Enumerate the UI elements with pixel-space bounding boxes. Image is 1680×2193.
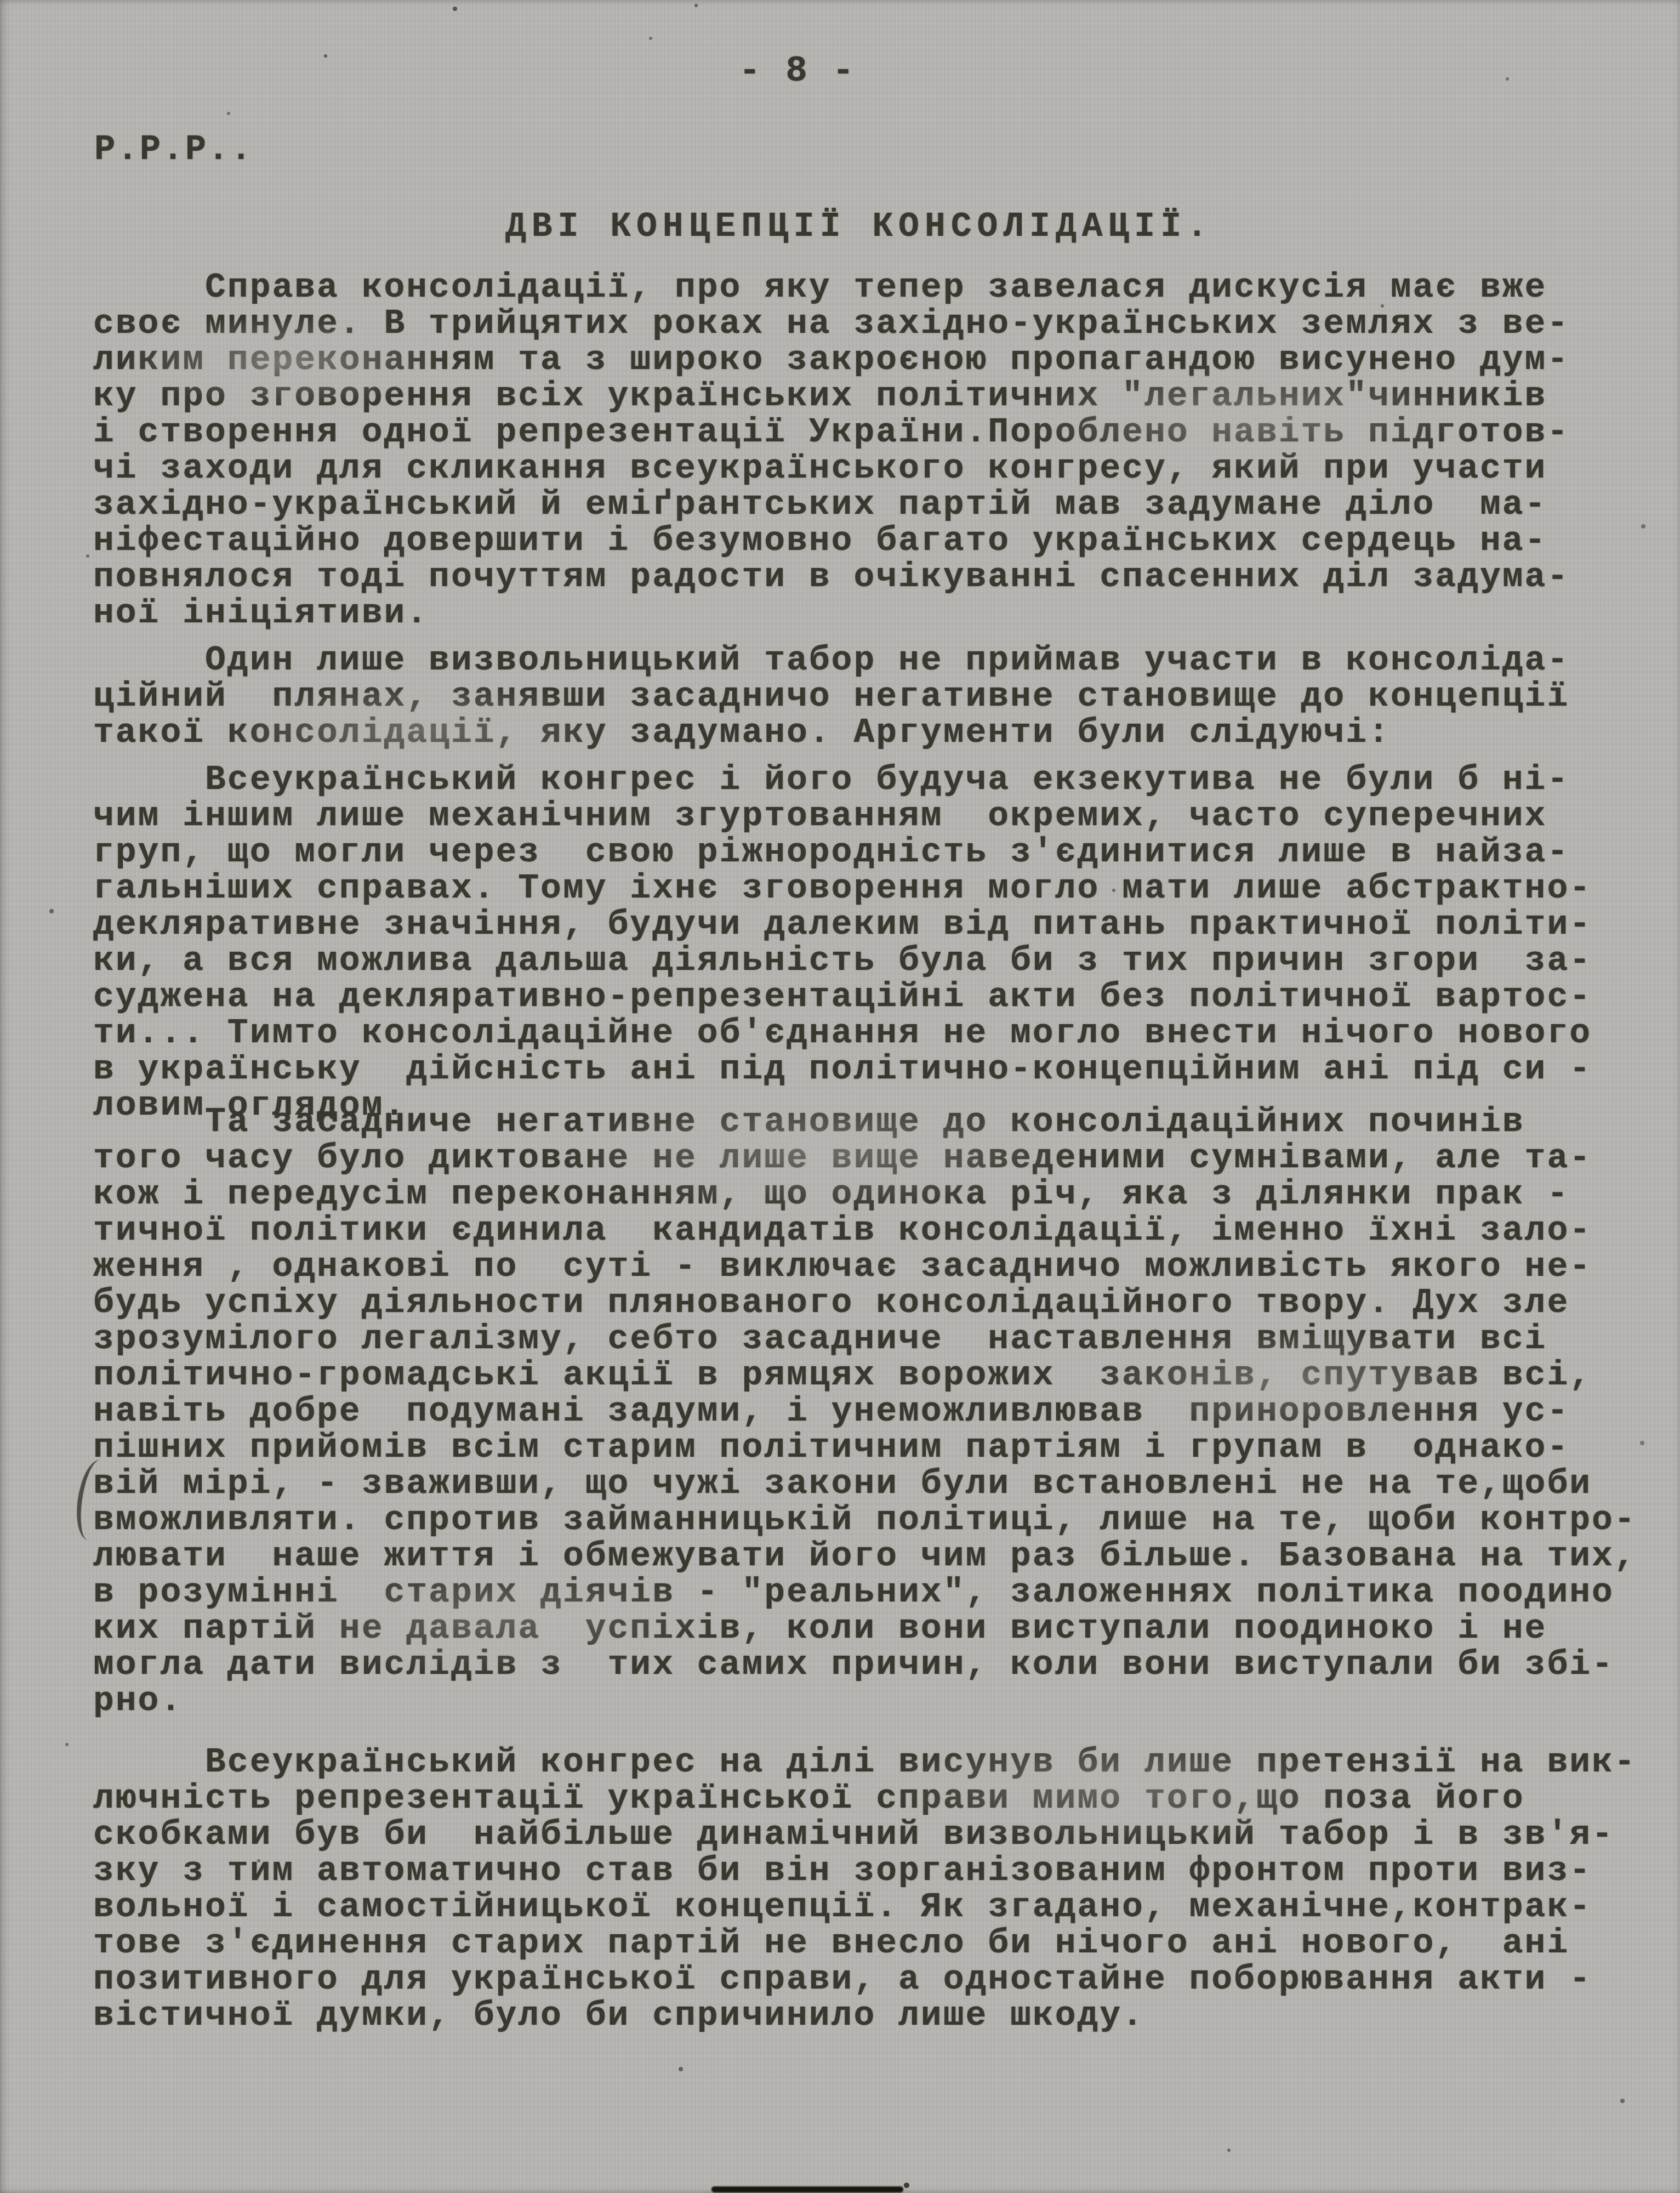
- text-line: Всеукраїнський конгрес на ділі висунув б…: [93, 1745, 1644, 1781]
- text-line: вольної і самостійницької концепції. Як …: [93, 1889, 1644, 1925]
- text-line: в розумінні старих діячів - "реальних", …: [93, 1575, 1644, 1611]
- text-line: кож і передусім переконанням, що одинока…: [93, 1177, 1644, 1213]
- text-line: західно-український й еміґрантських парт…: [93, 487, 1644, 523]
- scan-smudge: [711, 2186, 903, 2192]
- paragraph: Справа консолідації, про яку тепер завел…: [93, 270, 1644, 632]
- text-line: чі заходи для скликання всеукраїнського …: [93, 451, 1644, 487]
- text-line: зку з тим автоматично став би він зорган…: [93, 1853, 1644, 1889]
- text-line: ційний плянах, занявши засадничо негатив…: [93, 679, 1644, 715]
- scanned-page: - 8 - Р.Р.Р.. ДВІ КОНЦЕПЦІЇ КОНСОЛІДАЦІЇ…: [0, 0, 1680, 2193]
- text-line: такої консолідації, яку задумано. Аргуме…: [93, 715, 1644, 751]
- text-line: скобками був би найбільше динамічний виз…: [93, 1817, 1644, 1853]
- text-line: вможливляти. спротив займанницькій політ…: [93, 1502, 1644, 1538]
- text-line: Всеукраїнський конгрес і його будуча екз…: [93, 762, 1644, 798]
- text-line: гальніших справах. Тому іхнє зговорення …: [93, 871, 1644, 907]
- document-body: Справа консолідації, про яку тепер завел…: [93, 270, 1644, 2034]
- text-line: вій мірі, - зваживши, що чужі закони бул…: [93, 1466, 1644, 1502]
- text-line: вістичної думки, було би спричинило лише…: [93, 1998, 1644, 2034]
- text-line: ликим переконанням та з широко закроєною…: [93, 342, 1644, 378]
- text-line: ки, а вся можлива дальша діяльність була…: [93, 943, 1644, 979]
- text-line: будь успіху діяльности плянованого консо…: [93, 1285, 1644, 1321]
- text-line: декляративне значіння, будучи далеким ві…: [93, 907, 1644, 943]
- text-line: пішних прийомів всім старим політичним п…: [93, 1430, 1644, 1466]
- text-line: Один лише визвольницький табор не прийма…: [93, 643, 1644, 679]
- paragraph: Всеукраїнський конгрес на ділі висунув б…: [93, 1745, 1644, 2034]
- text-line: лювати наше життя і обмежувати його чим …: [93, 1538, 1644, 1575]
- paragraph: Та засадниче негативне становище до конс…: [93, 1104, 1644, 1719]
- text-line: політично-громадські акції в рямцях воро…: [93, 1357, 1644, 1394]
- document-title: ДВІ КОНЦЕПЦІЇ КОНСОЛІДАЦІЇ.: [505, 207, 1213, 246]
- text-line: тичної політики єдинила кандидатів консо…: [93, 1213, 1644, 1249]
- text-line: в українську дійсність ані під політично…: [93, 1052, 1644, 1088]
- text-line: ніфестаційно довершити і безумовно багат…: [93, 523, 1644, 559]
- text-line: і створення одної репрезентації України.…: [93, 414, 1644, 451]
- text-line: своє минуле. В трийцятих роках на західн…: [93, 306, 1644, 342]
- text-line: ної ініціятиви.: [93, 595, 1644, 632]
- text-line: тове з'єдинення старих партій не внесло …: [93, 1925, 1644, 1962]
- paragraph: Один лише визвольницький табор не прийма…: [93, 643, 1644, 751]
- page-number: - 8 -: [739, 50, 856, 92]
- text-line: груп, що могли через свою ріжнородність …: [93, 834, 1644, 871]
- paragraph: Всеукраїнський конгрес і його будуча екз…: [93, 762, 1644, 1124]
- scan-speckles: [0, 0, 2, 2]
- corner-mark: Р.Р.Р..: [94, 130, 253, 170]
- text-line: могла дати вислідів з тих самих причин, …: [93, 1647, 1644, 1683]
- text-line: навіть добре подумані задуми, і унеможли…: [93, 1394, 1644, 1430]
- text-line: Справа консолідації, про яку тепер завел…: [93, 270, 1644, 306]
- text-line: лючність репрезентації української справ…: [93, 1781, 1644, 1817]
- text-line: чим іншим лише механічним згуртованням о…: [93, 798, 1644, 834]
- text-line: повнялося тоді почуттям радости в очікув…: [93, 559, 1644, 595]
- text-line: ти... Тимто консолідаційне об'єднання не…: [93, 1015, 1644, 1052]
- text-line: ких партій не давала успіхів, коли вони …: [93, 1611, 1644, 1647]
- text-line: ження , однакові по суті - виключає заса…: [93, 1249, 1644, 1285]
- text-line: Та засадниче негативне становище до конс…: [93, 1104, 1644, 1140]
- text-line: позитивного для української справи, а од…: [93, 1962, 1644, 1998]
- text-line: рно.: [93, 1683, 1644, 1719]
- text-line: того часу було диктоване не лише вище на…: [93, 1140, 1644, 1177]
- text-line: ку про зговорення всіх українських політ…: [93, 378, 1644, 414]
- text-line: суджена на декляративно-репрезентаційні …: [93, 979, 1644, 1015]
- text-line: зрозумілого легалізму, себто засадниче н…: [93, 1321, 1644, 1357]
